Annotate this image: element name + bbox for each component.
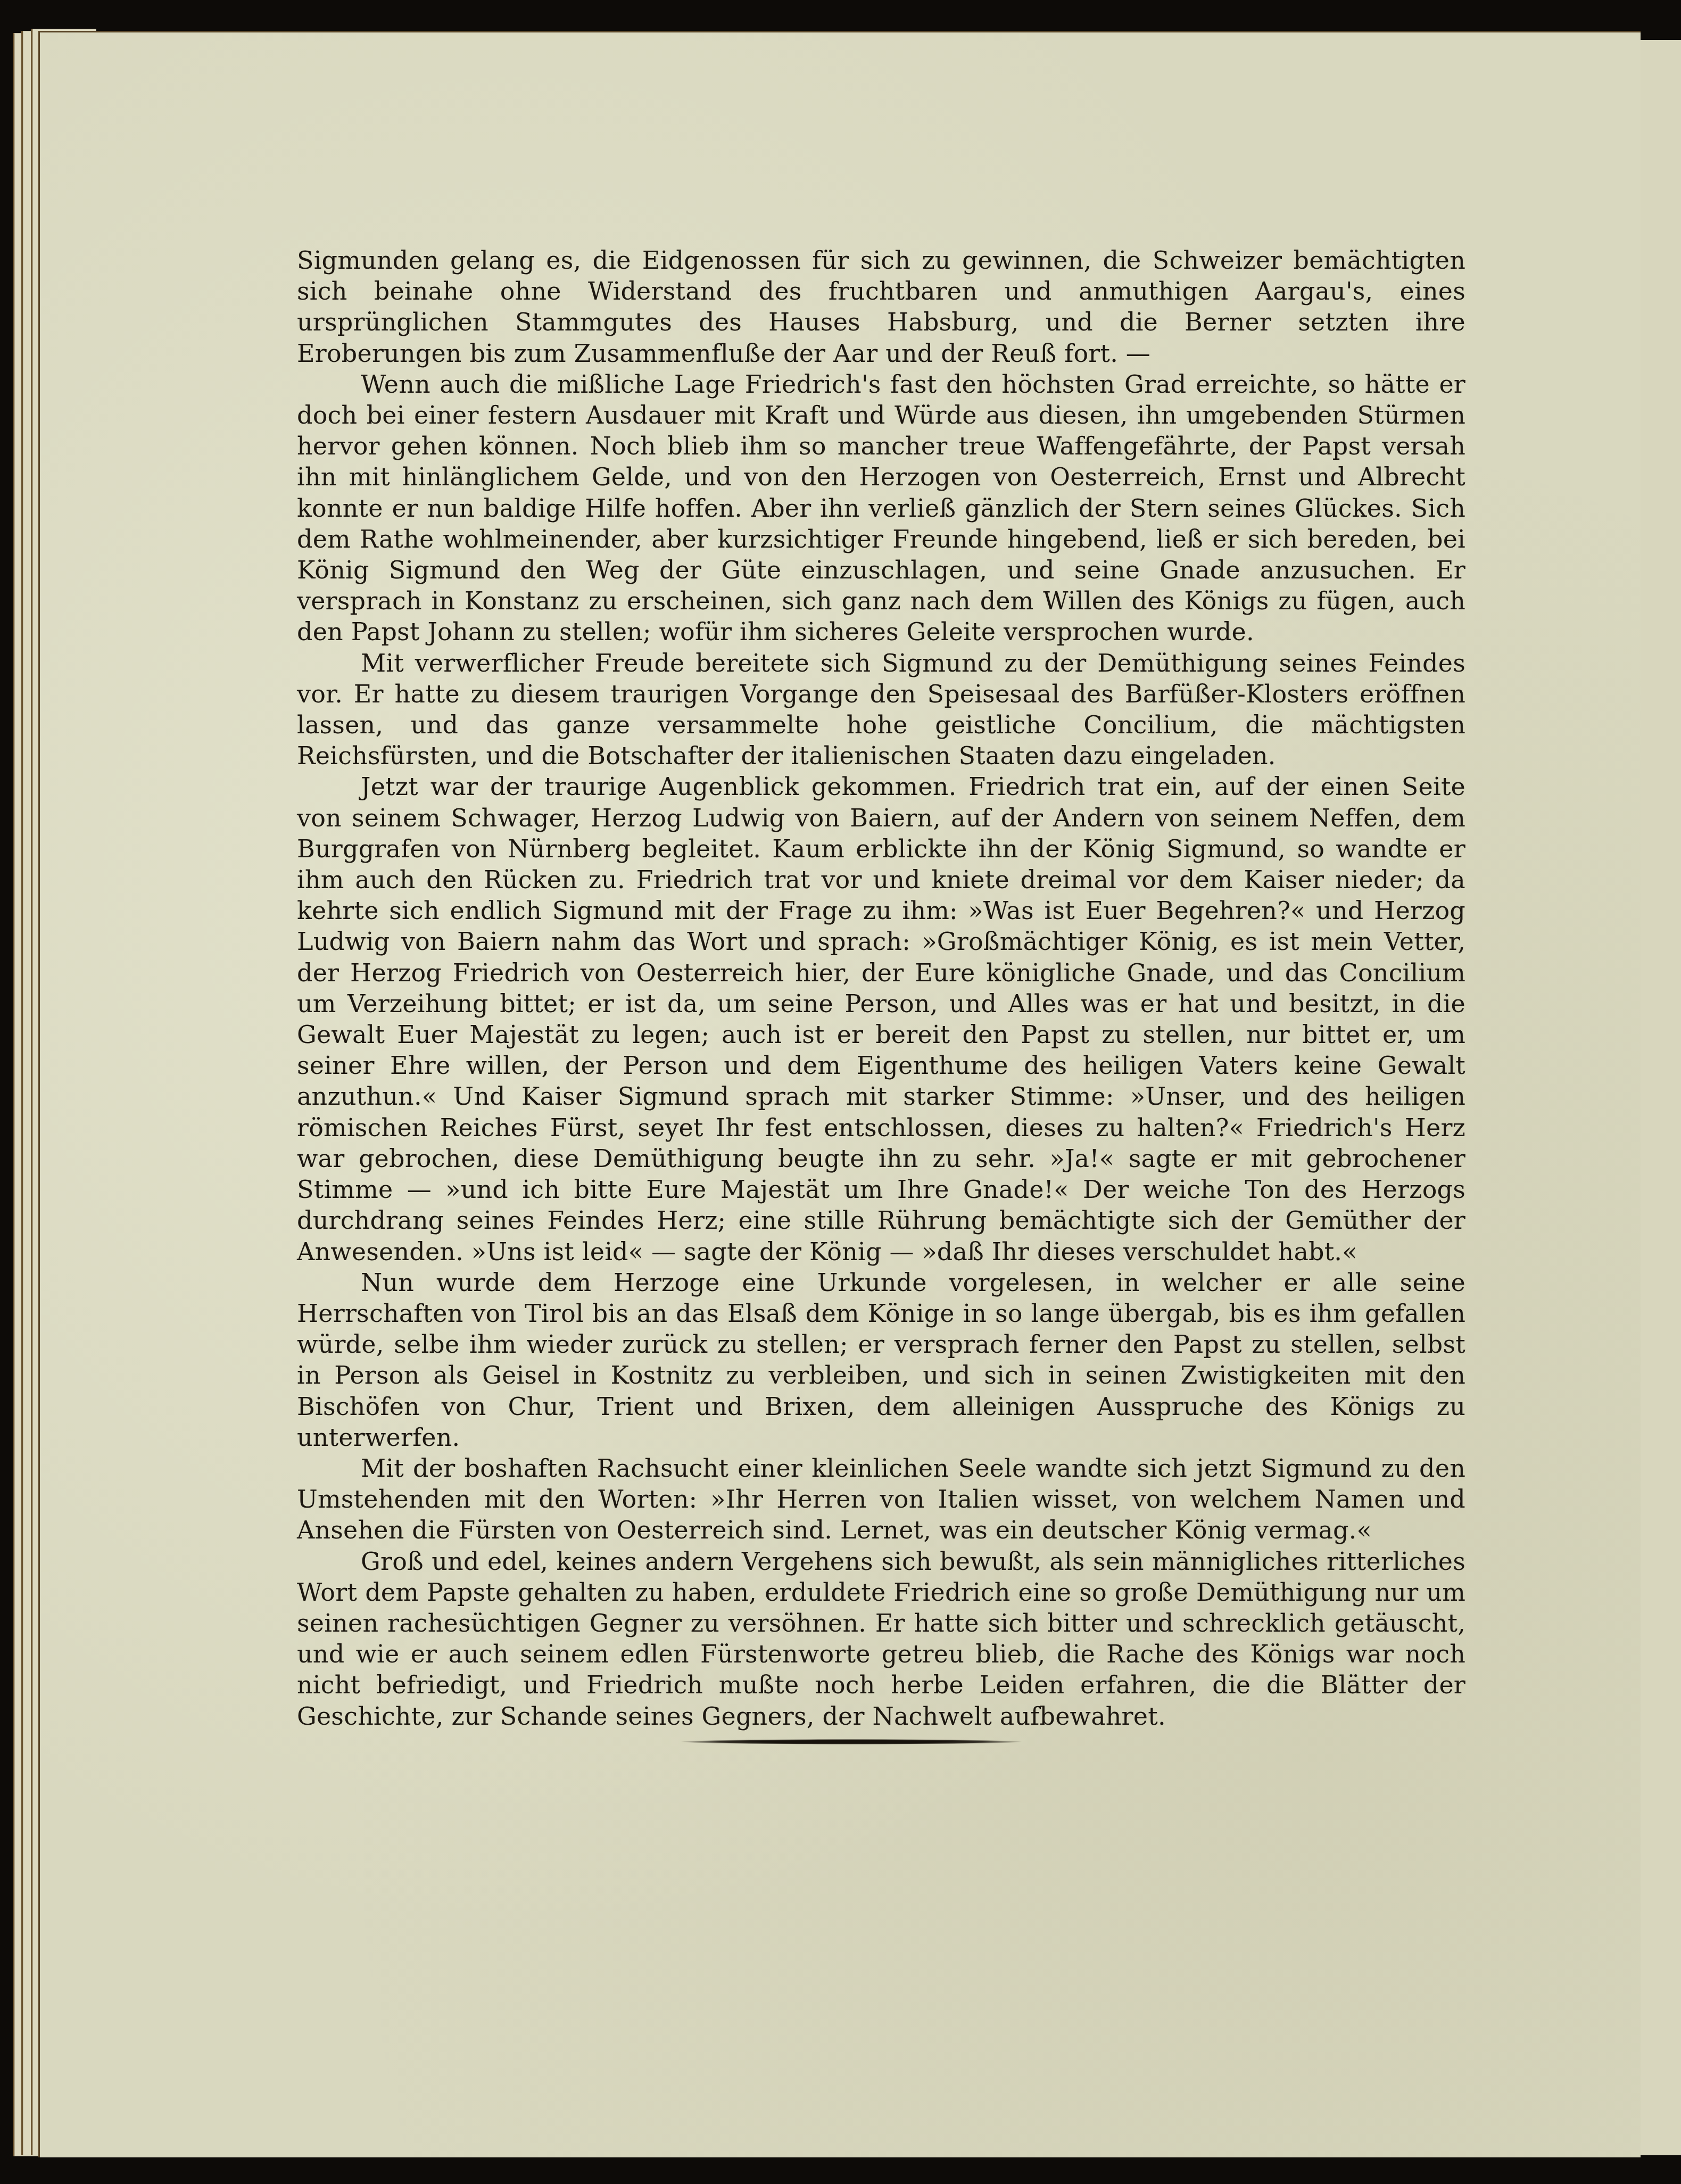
paragraph: Nun wurde dem Herzoge eine Urkunde vorge… (297, 1267, 1465, 1453)
paragraph: Mit verwerflicher Freude bereitete sich … (297, 648, 1465, 772)
facing-page-edge (1639, 40, 1681, 2155)
page-text-body: Sigmunden gelang es, die Eidgenossen für… (297, 245, 1465, 1732)
paragraph: Groß und edel, keines andern Vergehens s… (297, 1546, 1465, 1732)
paragraph: Jetzt war der traurige Augenblick gekomm… (297, 771, 1465, 1267)
paragraph: Sigmunden gelang es, die Eidgenossen für… (297, 245, 1465, 369)
paragraph: Mit der boshaften Rachsucht einer kleinl… (297, 1453, 1465, 1546)
paragraph: Wenn auch die mißliche Lage Friedrich's … (297, 369, 1465, 648)
end-ornament-rule (681, 1739, 1022, 1744)
